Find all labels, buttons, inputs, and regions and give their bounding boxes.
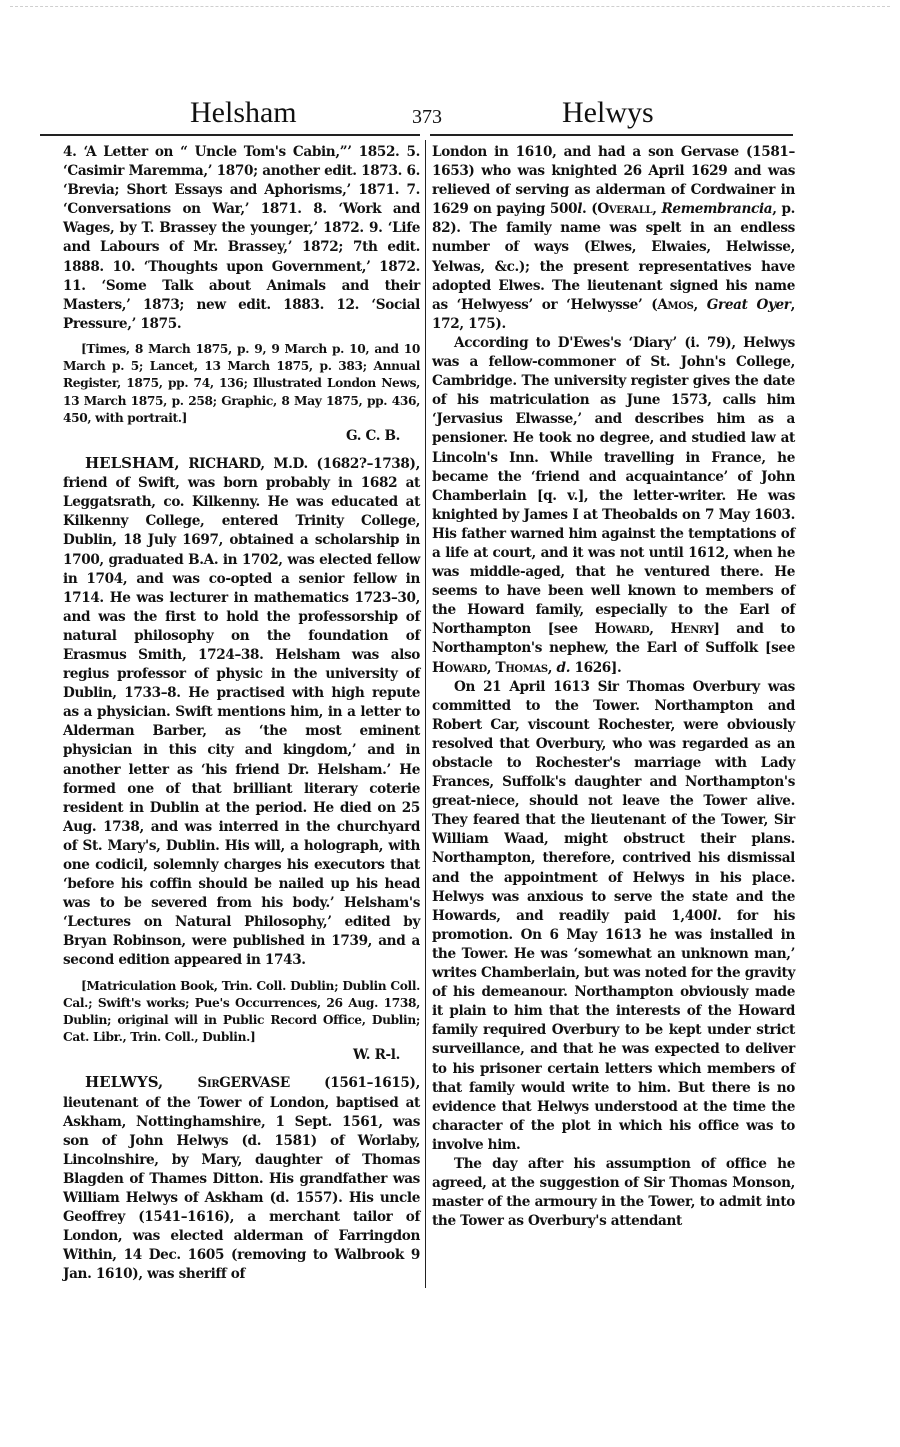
cross-reference: Overall — [597, 201, 652, 217]
author-signature: G. C. B. — [63, 427, 420, 446]
text: According to D'Ewes's ‘Diary’ (i. 79), H… — [432, 335, 795, 637]
paragraph: London in 1610, and had a son Gervase (1… — [432, 143, 795, 334]
cross-reference: Howard, Thomas — [432, 660, 548, 676]
text-italic: d. — [557, 660, 571, 676]
text-italic: Great Oyer — [707, 297, 791, 313]
text: . for his promotion. On 6 May 1613 he wa… — [432, 908, 795, 1153]
header-left-headword: Helsham — [190, 96, 297, 130]
header-rule-left — [40, 134, 420, 136]
header-right-headword: Helwys — [562, 96, 654, 130]
text: On 21 April 1613 Sir Thomas Overbury was… — [432, 679, 795, 924]
entry-headword: HELWYS, — [85, 1073, 163, 1091]
brassey-references: [Times, 8 March 1875, p. 9, 9 March p. 1… — [63, 341, 420, 427]
paragraph: The day after his assumption of office h… — [432, 1155, 795, 1231]
header-rule-right — [430, 134, 793, 136]
brassey-works-continuation: 4. ‘A Letter on “ Uncle Tom's Cabin,”’ 1… — [63, 143, 420, 334]
paragraph: On 21 April 1613 Sir Thomas Overbury was… — [432, 678, 795, 1155]
text-italic: Remembrancia — [661, 201, 772, 217]
entry-helsham: HELSHAM, RICHARD, M.D. (1682?–1738), fri… — [63, 454, 420, 971]
left-column: 4. ‘A Letter on “ Uncle Tom's Cabin,”’ 1… — [63, 143, 420, 1285]
right-column: London in 1610, and had a son Gervase (1… — [432, 143, 795, 1231]
entry-name: GERVASE (1561–1615), — [219, 1075, 420, 1091]
running-header: Helsham 373 Helwys — [60, 96, 800, 136]
paragraph: According to D'Ewes's ‘Diary’ (i. 79), H… — [432, 334, 795, 678]
cross-reference: Howard, Henry — [595, 621, 714, 637]
page-number: 373 — [412, 106, 442, 129]
helsham-references: [Matriculation Book, Trin. Coll. Dublin;… — [63, 978, 420, 1047]
text: , — [548, 660, 557, 676]
column-divider — [425, 140, 426, 1288]
entry-body: friend of Swift, was born probably in 16… — [63, 475, 420, 968]
entry-title: Sir — [163, 1075, 219, 1091]
text: . ( — [582, 201, 597, 217]
entry-helwys: HELWYS, SirGERVASE (1561–1615), lieutena… — [63, 1073, 420, 1284]
entry-name: RICHARD, M.D. (1682?–1738), — [180, 456, 420, 472]
cross-reference: Amos — [657, 297, 693, 313]
entry-headword: HELSHAM, — [85, 454, 180, 472]
text: , — [694, 297, 707, 313]
entry-body: lieutenant of the Tower of London, bapti… — [63, 1095, 420, 1283]
text: 1626]. — [570, 660, 621, 676]
author-signature: W. R-l. — [63, 1046, 420, 1065]
scan-artifact-line — [10, 6, 890, 8]
